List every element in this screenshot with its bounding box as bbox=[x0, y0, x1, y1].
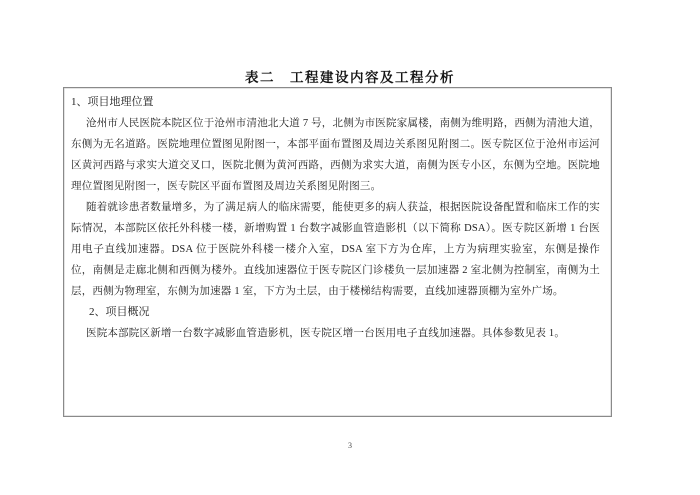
section-2-heading: 2、项目概况 bbox=[71, 302, 600, 323]
paragraph-geographic-location-1: 沧州市人民医院本院区位于沧州市清池北大道 7 号，北侧为市医院家属楼，南侧为维明… bbox=[71, 113, 600, 197]
paragraph-geographic-location-2: 随着就诊患者数量增多，为了满足病人的临床需要，能使更多的病人获益，根据医院设备配… bbox=[71, 197, 600, 302]
content-box: 1、项目地理位置 沧州市人民医院本院区位于沧州市清池北大道 7 号，北侧为市医院… bbox=[63, 87, 612, 417]
section-1-heading: 1、项目地理位置 bbox=[71, 92, 600, 113]
document-page: 表二 工程建设内容及工程分析 1、项目地理位置 沧州市人民医院本院区位于沧州市清… bbox=[0, 0, 700, 495]
paragraph-project-overview: 医院本部院区新增一台数字减影血管造影机，医专院区增一台医用电子直线加速器。具体参… bbox=[71, 323, 600, 344]
page-number: 3 bbox=[0, 441, 700, 450]
document-title: 表二 工程建设内容及工程分析 bbox=[0, 66, 700, 86]
